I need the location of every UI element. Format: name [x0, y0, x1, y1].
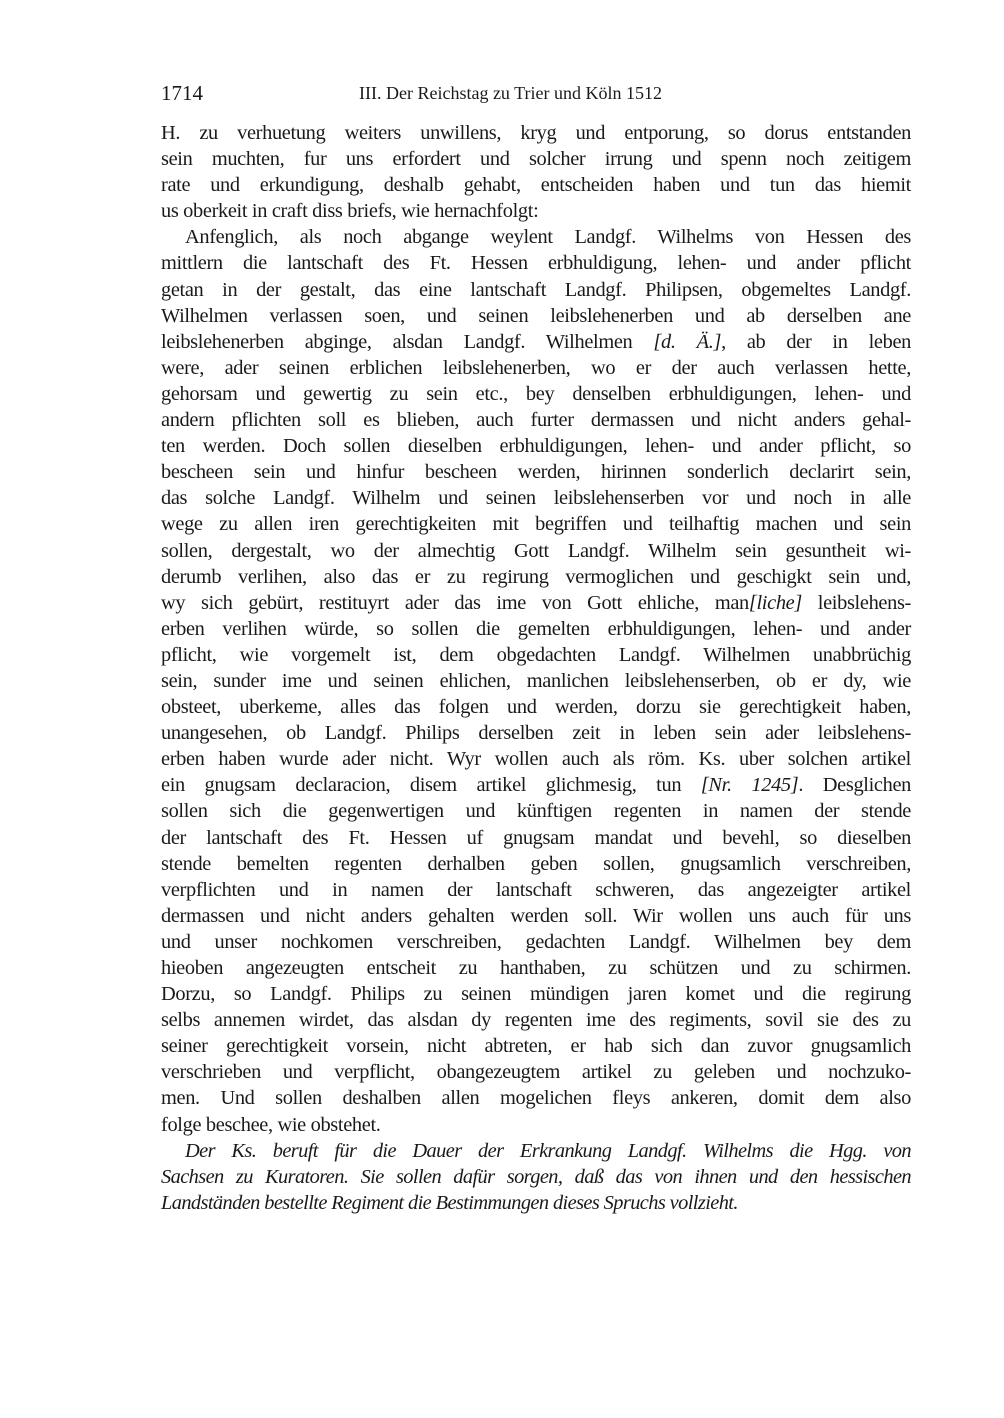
text-line: sein muchten, fur uns erfordert und solc…: [161, 146, 911, 172]
text-line: wege zu allen iren gerechtigkeiten mit b…: [161, 511, 911, 537]
text-line: verschrieben und verpflicht, obangezeugt…: [161, 1059, 911, 1085]
text-line: dermassen und nicht anders gehalten werd…: [161, 903, 911, 929]
text-line: Anfenglich, als noch abgange weylent Lan…: [161, 224, 911, 250]
editorial-insertion: [liche]: [749, 592, 802, 614]
text-line-with-editorial-note: leibslehenerben abginge, alsdan Landgf. …: [161, 329, 911, 355]
summary-line: Landständen bestellte Regiment die Besti…: [161, 1190, 911, 1216]
text-line: bescheen sein und hinfur bescheen werden…: [161, 459, 911, 485]
paragraph-continuation: H. zu verhuetung weiters unwillens, kryg…: [161, 120, 911, 224]
editorial-summary: Der Ks. beruft für die Dauer der Erkrank…: [161, 1138, 911, 1216]
text-line: gehorsam und gewertig zu sein etc., bey …: [161, 381, 911, 407]
text-line: rate und erkundigung, deshalb gehabt, en…: [161, 172, 911, 198]
text-segment: leibslehenerben abginge, alsdan Landgf. …: [161, 331, 653, 353]
text-segment: leibslehens-: [802, 592, 911, 614]
text-line: folge beschee, wie obstehet.: [161, 1112, 911, 1138]
text-line: mittlern die lantschaft des Ft. Hessen e…: [161, 250, 911, 276]
text-line: getan in der gestalt, das eine lantschaf…: [161, 277, 911, 303]
text-line-with-editorial-note: wy sich gebürt, restituyrt ader das ime …: [161, 590, 911, 616]
running-head: 1714 III. Der Reichstag zu Trier und Köl…: [161, 78, 911, 108]
text-line: H. zu verhuetung weiters unwillens, kryg…: [161, 120, 911, 146]
text-line: ten werden. Doch sollen dieselben erbhul…: [161, 433, 911, 459]
text-line: sollen, dergestalt, wo der almechtig Got…: [161, 538, 911, 564]
document-page: 1714 III. Der Reichstag zu Trier und Köl…: [161, 78, 911, 1216]
paragraph-main: Anfenglich, als noch abgange weylent Lan…: [161, 224, 911, 1137]
text-line: us oberkeit in craft diss briefs, wie he…: [161, 198, 911, 224]
text-line: der lantschaft des Ft. Hessen uf gnugsam…: [161, 825, 911, 851]
text-line: Dorzu, so Landgf. Philips zu seinen münd…: [161, 981, 911, 1007]
text-line: Wilhelmen verlassen soen, und seinen lei…: [161, 303, 911, 329]
text-line: stende bemelten regenten derhalben geben…: [161, 851, 911, 877]
page-number: 1714: [161, 78, 203, 108]
text-line: pflicht, wie vorgemelt ist, dem obgedach…: [161, 642, 911, 668]
text-line: hieoben angezeugten entscheit zu hanthab…: [161, 955, 911, 981]
text-segment: . Desglichen: [798, 774, 911, 796]
text-line: sein, sunder ime und seinen ehlichen, ma…: [161, 668, 911, 694]
text-line: derumb verlihen, also das er zu regirung…: [161, 564, 911, 590]
text-line: sollen sich die gegenwertigen und künfti…: [161, 798, 911, 824]
text-line: obsteet, uberkeme, alles das folgen und …: [161, 694, 911, 720]
cross-reference: [Nr. 1245]: [701, 774, 799, 796]
text-line: und unser nochkomen verschreiben, gedach…: [161, 929, 911, 955]
text-line: erben haben wurde ader nicht. Wyr wollen…: [161, 746, 911, 772]
text-line: seiner gerechtigkeit vorsein, nicht abtr…: [161, 1033, 911, 1059]
text-line: das solche Landgf. Wilhelm und seinen le…: [161, 485, 911, 511]
text-line: men. Und sollen deshalben allen mogelich…: [161, 1085, 911, 1111]
text-line: verpflichten und in namen der lantschaft…: [161, 877, 911, 903]
text-line: selbs annemen wirdet, das alsdan dy rege…: [161, 1007, 911, 1033]
text-line-with-cross-reference: ein gnugsam declaracion, disem artikel g…: [161, 772, 911, 798]
text-line: erben verlihen würde, so sollen die geme…: [161, 616, 911, 642]
text-line: unangesehen, ob Landgf. Philips derselbe…: [161, 720, 911, 746]
text-segment: wy sich gebürt, restituyrt ader das ime …: [161, 592, 749, 614]
editorial-insertion: [d. Ä.]: [653, 331, 721, 353]
running-head-title: III. Der Reichstag zu Trier und Köln 151…: [359, 78, 662, 108]
text-line: andern pflichten soll es blieben, auch f…: [161, 407, 911, 433]
summary-line: Sachsen zu Kuratoren. Sie sollen dafür s…: [161, 1164, 911, 1190]
text-segment: ein gnugsam declaracion, disem artikel g…: [161, 774, 701, 796]
text-segment: , ab der in leben: [721, 331, 911, 353]
document-body: H. zu verhuetung weiters unwillens, kryg…: [161, 120, 911, 1216]
text-line: were, ader seinen erblichen leibslehener…: [161, 355, 911, 381]
summary-line: Der Ks. beruft für die Dauer der Erkrank…: [161, 1138, 911, 1164]
